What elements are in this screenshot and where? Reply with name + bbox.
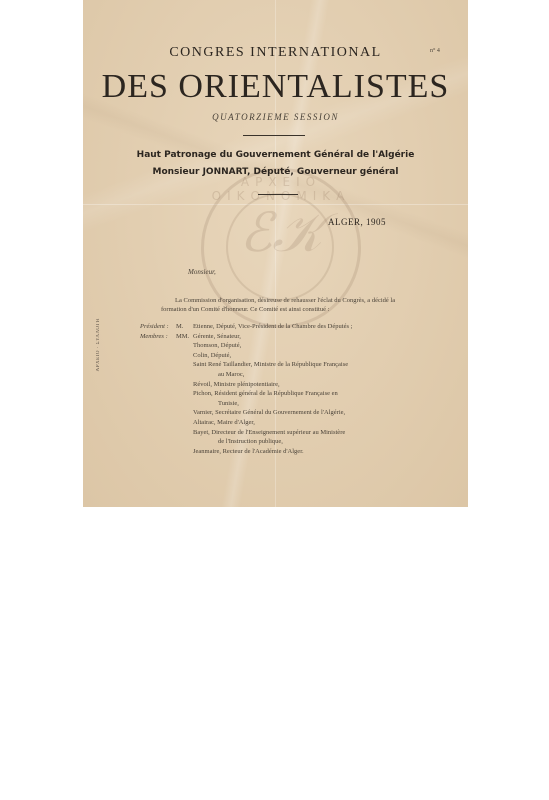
- committee-member: Président :M.Etienne, Député, Vice-Prési…: [140, 322, 420, 332]
- member-role: [140, 447, 176, 457]
- member-prefix: [176, 428, 193, 438]
- stamp-monogram: ℰ𝒦: [204, 201, 358, 265]
- member-name: Jeanmaire, Recteur de l'Académie d'Alger…: [193, 447, 420, 457]
- member-role: Membres :: [140, 332, 176, 342]
- member-prefix: [176, 360, 193, 370]
- session-subtitle: QUATORZIEME SESSION: [83, 112, 468, 122]
- member-role: [140, 408, 176, 418]
- member-name: Saint René Taillandier, Ministre de la R…: [193, 360, 420, 370]
- member-name: Thomson, Député,: [193, 341, 420, 351]
- patronage-line1: Haut Patronage du Gouvernement Général d…: [83, 150, 468, 160]
- patronage-line2: Monsieur JONNART, Député, Gouverneur gén…: [83, 167, 468, 177]
- member-name: Gérente, Sénateur,: [193, 332, 420, 342]
- member-name: Varnier, Secrétaire Général du Gouvernem…: [193, 408, 420, 418]
- committee-member: Pichon, Résident général de la Républiqu…: [140, 389, 420, 399]
- member-prefix: [176, 341, 193, 351]
- member-prefix: [176, 408, 193, 418]
- intro-paragraph: La Commission d'organisation, désireuse …: [161, 296, 406, 314]
- member-name: Révoil, Ministre plénipotentiaire,: [193, 380, 420, 390]
- member-prefix: [176, 380, 193, 390]
- member-prefix: MM.: [176, 332, 193, 342]
- member-role: [140, 428, 176, 438]
- member-prefix: [176, 351, 193, 361]
- committee-member: Saint René Taillandier, Ministre de la R…: [140, 360, 420, 370]
- member-role: [140, 418, 176, 428]
- member-name: Pichon, Résident général de la Républiqu…: [193, 389, 420, 399]
- member-name: Altairac, Maire d'Alger,: [193, 418, 420, 428]
- divider-bottom: [258, 194, 298, 195]
- committee-list: Président :M.Etienne, Député, Vice-Prési…: [140, 322, 420, 456]
- member-continuation: Tunisie,: [140, 399, 420, 409]
- member-role: [140, 389, 176, 399]
- committee-member: Varnier, Secrétaire Général du Gouvernem…: [140, 408, 420, 418]
- committee-member: Bayet, Directeur de l'Enseignement supér…: [140, 428, 420, 438]
- committee-member: Thomson, Député,: [140, 341, 420, 351]
- member-role: [140, 341, 176, 351]
- header-line1: CONGRES INTERNATIONAL: [83, 45, 468, 61]
- scanned-page: ΑΡΧΕΙΟ ΟΙΚΟΝΟΜΙΚΑ ℰ𝒦 CONGRES INTERNATION…: [83, 0, 468, 507]
- member-role: [140, 351, 176, 361]
- member-name: Etienne, Député, Vice-Président de la Ch…: [193, 322, 420, 332]
- member-continuation: au Maroc,: [140, 370, 420, 380]
- salutation: Monsieur,: [188, 268, 216, 276]
- committee-member: Altairac, Maire d'Alger,: [140, 418, 420, 428]
- member-name: Bayet, Directeur de l'Enseignement supér…: [193, 428, 420, 438]
- committee-member: Membres :MM.Gérente, Sénateur,: [140, 332, 420, 342]
- document-title: DES ORIENTALISTES: [83, 68, 468, 106]
- committee-member: Jeanmaire, Recteur de l'Académie d'Alger…: [140, 447, 420, 457]
- member-prefix: [176, 447, 193, 457]
- member-name: Colin, Député,: [193, 351, 420, 361]
- place-date: ALGER, 1905: [328, 217, 386, 227]
- member-prefix: M.: [176, 322, 193, 332]
- committee-member: Colin, Député,: [140, 351, 420, 361]
- member-continuation: de l'Instruction publique,: [140, 437, 420, 447]
- side-archive-note: ΑΡΧΕΙΟ · ΣΥΛΛΟΓΗ: [96, 318, 101, 371]
- committee-member: Révoil, Ministre plénipotentiaire,: [140, 380, 420, 390]
- number-mark: n° 4: [430, 48, 440, 54]
- divider-top: [243, 135, 305, 136]
- member-role: [140, 360, 176, 370]
- member-role: [140, 380, 176, 390]
- member-prefix: [176, 418, 193, 428]
- member-prefix: [176, 389, 193, 399]
- member-role: Président :: [140, 322, 176, 332]
